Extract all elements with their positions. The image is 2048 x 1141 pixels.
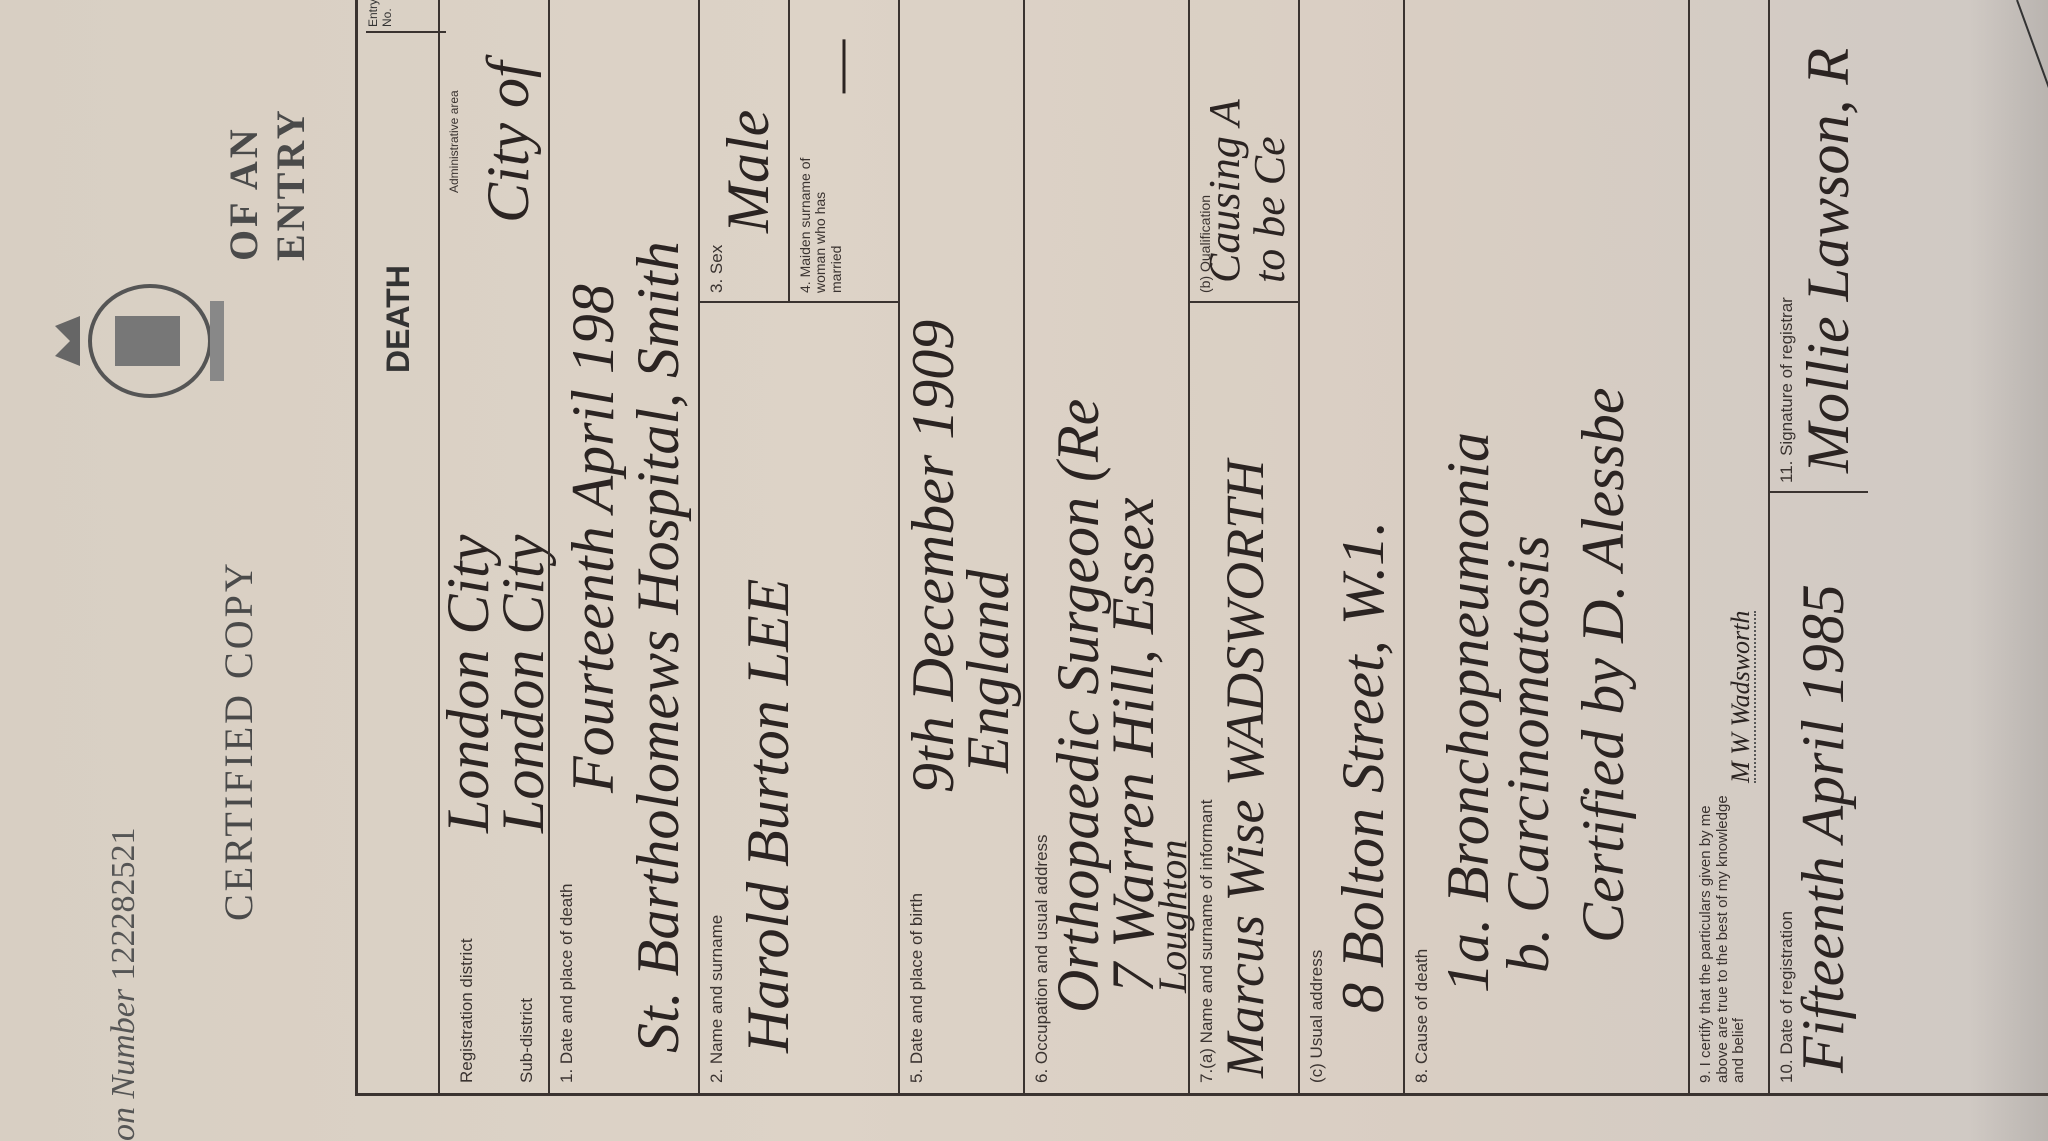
informant-label: 7.(a) Name and surname of informant [1198, 800, 1217, 1083]
cause-of-death-label: 8. Cause of death [1413, 949, 1432, 1083]
sex-value: Male [718, 110, 778, 233]
qualification-value-1: Causing A [1203, 99, 1247, 283]
admin-area-value: City of [478, 61, 538, 223]
name-value: Harold Burton LEE [738, 579, 798, 1053]
registrar-signature-value: Mollie Lawson, R [1798, 48, 1858, 473]
date-place-death-value-2: St. Bartholomews Hospital, Smith [628, 241, 688, 1053]
qualification-value-2: to be Ce [1248, 136, 1292, 283]
cause-of-death-value-2: b. Carcinomatosis [1498, 535, 1558, 973]
name-label: 2. Name and surname [708, 915, 727, 1083]
usual-address-label: (c) Usual address [1308, 950, 1327, 1083]
certify-value: M W Wadsworth [1728, 611, 1756, 783]
maiden-surname-label: 4. Maiden surname of woman who has marri… [798, 153, 844, 293]
death-certificate: on Number 122282521 CERTIFIED COPY OF AN… [0, 0, 2048, 1141]
date-place-birth-label: 5. Date and place of birth [908, 893, 927, 1083]
date-place-birth-value-2: England [958, 570, 1018, 773]
registrar-signature-label: 11. Signature of registrar [1778, 297, 1797, 483]
usual-address-value: 8 Bolton Street, W.1. [1333, 521, 1393, 1013]
sub-district-label: Sub-district [518, 998, 537, 1083]
admin-area-label: Administrative area [448, 90, 461, 193]
cause-of-death-value-1: 1a. Bronchopneumonia [1438, 432, 1498, 993]
occupation-value-3: Loughton [1153, 840, 1193, 993]
sub-district-value: London City [493, 535, 553, 833]
date-place-death-label: 1. Date and place of death [558, 884, 577, 1083]
sex-label: 3. Sex [708, 245, 727, 293]
certificate-form: DEATH Entry No. Registration district Lo… [355, 0, 2048, 1096]
date-place-birth-value-1: 9th December 1909 [903, 320, 963, 793]
informant-value: Marcus Wise WADSWORTH [1218, 460, 1272, 1078]
cause-of-death-value-3: Certified by D. Alessbe [1573, 388, 1633, 943]
certify-label: 9. I certify that the particulars given … [1698, 793, 1748, 1083]
royal-coat-of-arms-icon [40, 271, 240, 411]
serial-number: on Number 122282521 [105, 827, 143, 1141]
date-registration-value: Fifteenth April 1985 [1793, 584, 1853, 1073]
maiden-surname-value: — [808, 40, 868, 93]
form-header: DEATH Entry No. [358, 0, 440, 1093]
registration-district-value: London City [438, 535, 498, 833]
title-of-an-entry: OF AN ENTRY [220, 0, 314, 261]
title-certified-copy: CERTIFIED COPY [215, 560, 262, 921]
occupation-value-1: Orthopaedic Surgeon (Re [1048, 399, 1108, 1013]
registration-district-label: Registration district [458, 938, 477, 1083]
date-place-death-value-1: Fourteenth April 198 [563, 284, 623, 793]
section-death: DEATH [380, 265, 417, 373]
entry-no-label: Entry No. [366, 0, 446, 33]
